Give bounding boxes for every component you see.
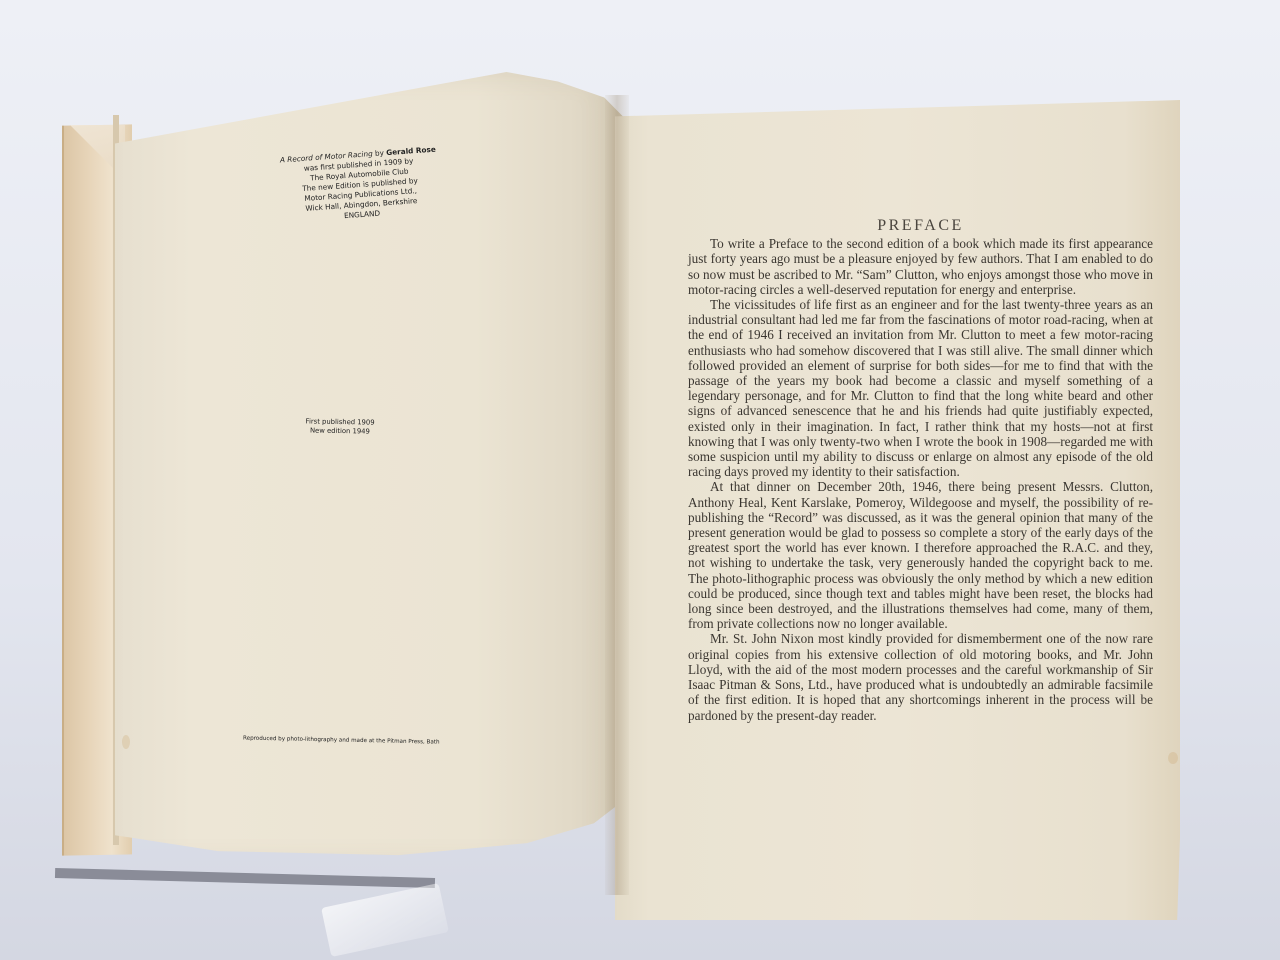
preface-text: PREFACE To write a Preface to the second… <box>688 218 1213 723</box>
preface-paragraph: To write a Preface to the second edition… <box>688 236 1153 297</box>
preface-paragraph: Mr. St. John Nixon most kindly provided … <box>688 631 1153 722</box>
photo-scene: A Record of Motor Racing by Gerald Rose … <box>0 0 1280 960</box>
foxing-stain <box>122 735 130 749</box>
preface-paragraph: At that dinner on December 20th, 1946, t… <box>688 479 1153 631</box>
preface-paragraph: The vicissitudes of life first as an eng… <box>688 297 1153 479</box>
edition-note: First published 1909 New edition 1949 <box>300 417 380 436</box>
book-cover-edge <box>55 868 435 888</box>
preface-heading: PREFACE <box>688 218 1213 233</box>
book-gutter <box>605 95 629 895</box>
foxing-stain <box>1168 752 1178 764</box>
imprint-block: A Record of Motor Racing by Gerald Rose … <box>268 144 452 226</box>
plastic-wrap <box>321 883 449 957</box>
